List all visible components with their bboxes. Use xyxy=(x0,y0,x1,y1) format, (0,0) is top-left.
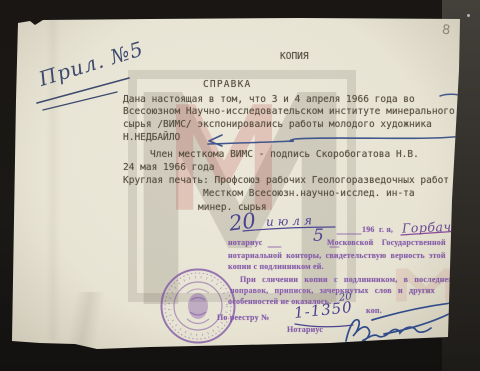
paper-sheet: КОПИЯ СПРАВКА Дана настоящая в том, что … xyxy=(0,0,480,371)
dust-speck xyxy=(467,14,470,17)
photo-background: КОПИЯ СПРАВКА Дана настоящая в том, что … xyxy=(0,0,480,371)
paper-vignette xyxy=(0,0,480,371)
